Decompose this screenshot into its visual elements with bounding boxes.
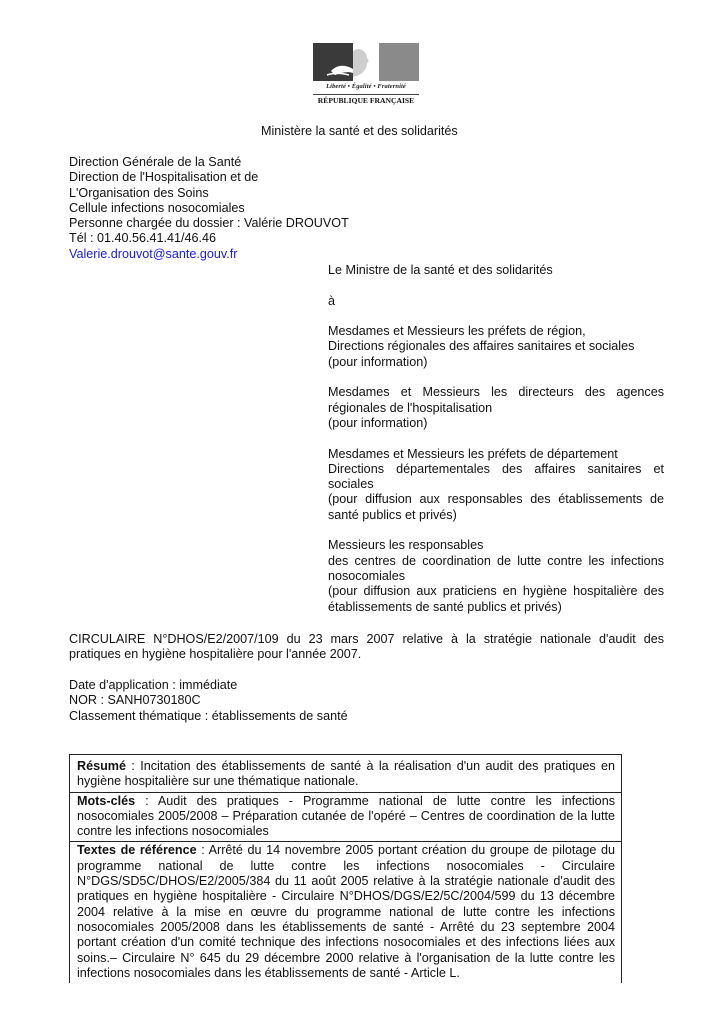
resume-text: : Incitation des établissements de santé… xyxy=(77,759,615,788)
ministry-header: Ministère la santé et des solidarités xyxy=(261,124,458,139)
textes-reference-label: Textes de référence xyxy=(77,843,197,857)
resume-label: Résumé xyxy=(77,759,126,773)
recipient-prefets-region: Mesdames et Messieurs les préfets de rég… xyxy=(328,324,664,370)
date-application: Date d'application : immédiate xyxy=(69,678,348,693)
republique-francaise-logo: Liberté • Égalité • Fraternité RÉPUBLIQU… xyxy=(313,43,419,105)
logo-motto: Liberté • Égalité • Fraternité xyxy=(313,83,419,91)
meta-block: Date d'application : immédiate NOR : SAN… xyxy=(69,678,348,724)
table-row: Textes de référence : Arrêté du 14 novem… xyxy=(70,842,622,983)
table-row: Résumé : Incitation des établissements d… xyxy=(70,755,622,793)
to-line: à xyxy=(328,294,664,309)
recipients-block: Le Ministre de la santé et des solidarit… xyxy=(328,263,664,615)
email-link[interactable]: Valerie.drouvot@sante.gouv.fr xyxy=(69,247,349,262)
textes-reference-text: : Arrêté du 14 novembre 2005 portant cré… xyxy=(77,843,615,979)
marianne-logo-icon xyxy=(313,43,419,81)
recipient-agences-regionales: Mesdames et Messieurs les directeurs des… xyxy=(328,385,664,431)
sender-line: Direction Générale de la Santé xyxy=(69,155,349,170)
phone-number: Tél : 01.40.56.41.41/46.46 xyxy=(69,231,349,246)
classement-thematique: Classement thématique : établissements d… xyxy=(69,709,348,724)
mots-cles-cell: Mots-clés : Audit des pratiques - Progra… xyxy=(70,792,622,842)
textes-reference-cell: Textes de référence : Arrêté du 14 novem… xyxy=(70,842,622,983)
recipient-centres-coordination: Messieurs les responsablesdes centres de… xyxy=(328,538,664,614)
logo-name: RÉPUBLIQUE FRANÇAISE xyxy=(313,94,419,105)
sender-line: Direction de l'Hospitalisation et de xyxy=(69,170,349,185)
contact-person: Personne chargée du dossier : Valérie DR… xyxy=(69,216,349,231)
sender-line: L'Organisation des Soins xyxy=(69,186,349,201)
recipient-prefets-departement: Mesdames et Messieurs les préfets de dép… xyxy=(328,447,664,523)
table-row: Mots-clés : Audit des pratiques - Progra… xyxy=(70,792,622,842)
nor-code: NOR : SANH0730180C xyxy=(69,693,348,708)
resume-cell: Résumé : Incitation des établissements d… xyxy=(70,755,622,793)
from-line: Le Ministre de la santé et des solidarit… xyxy=(328,263,664,278)
sender-line: Cellule infections nosocomiales xyxy=(69,201,349,216)
mots-cles-text: : Audit des pratiques - Programme nation… xyxy=(77,794,615,839)
summary-table: Résumé : Incitation des établissements d… xyxy=(69,754,622,983)
sender-block: Direction Générale de la Santé Direction… xyxy=(69,155,349,262)
mots-cles-label: Mots-clés xyxy=(77,794,135,808)
circulaire-title: CIRCULAIRE N°DHOS/E2/2007/109 du 23 mars… xyxy=(69,632,664,663)
